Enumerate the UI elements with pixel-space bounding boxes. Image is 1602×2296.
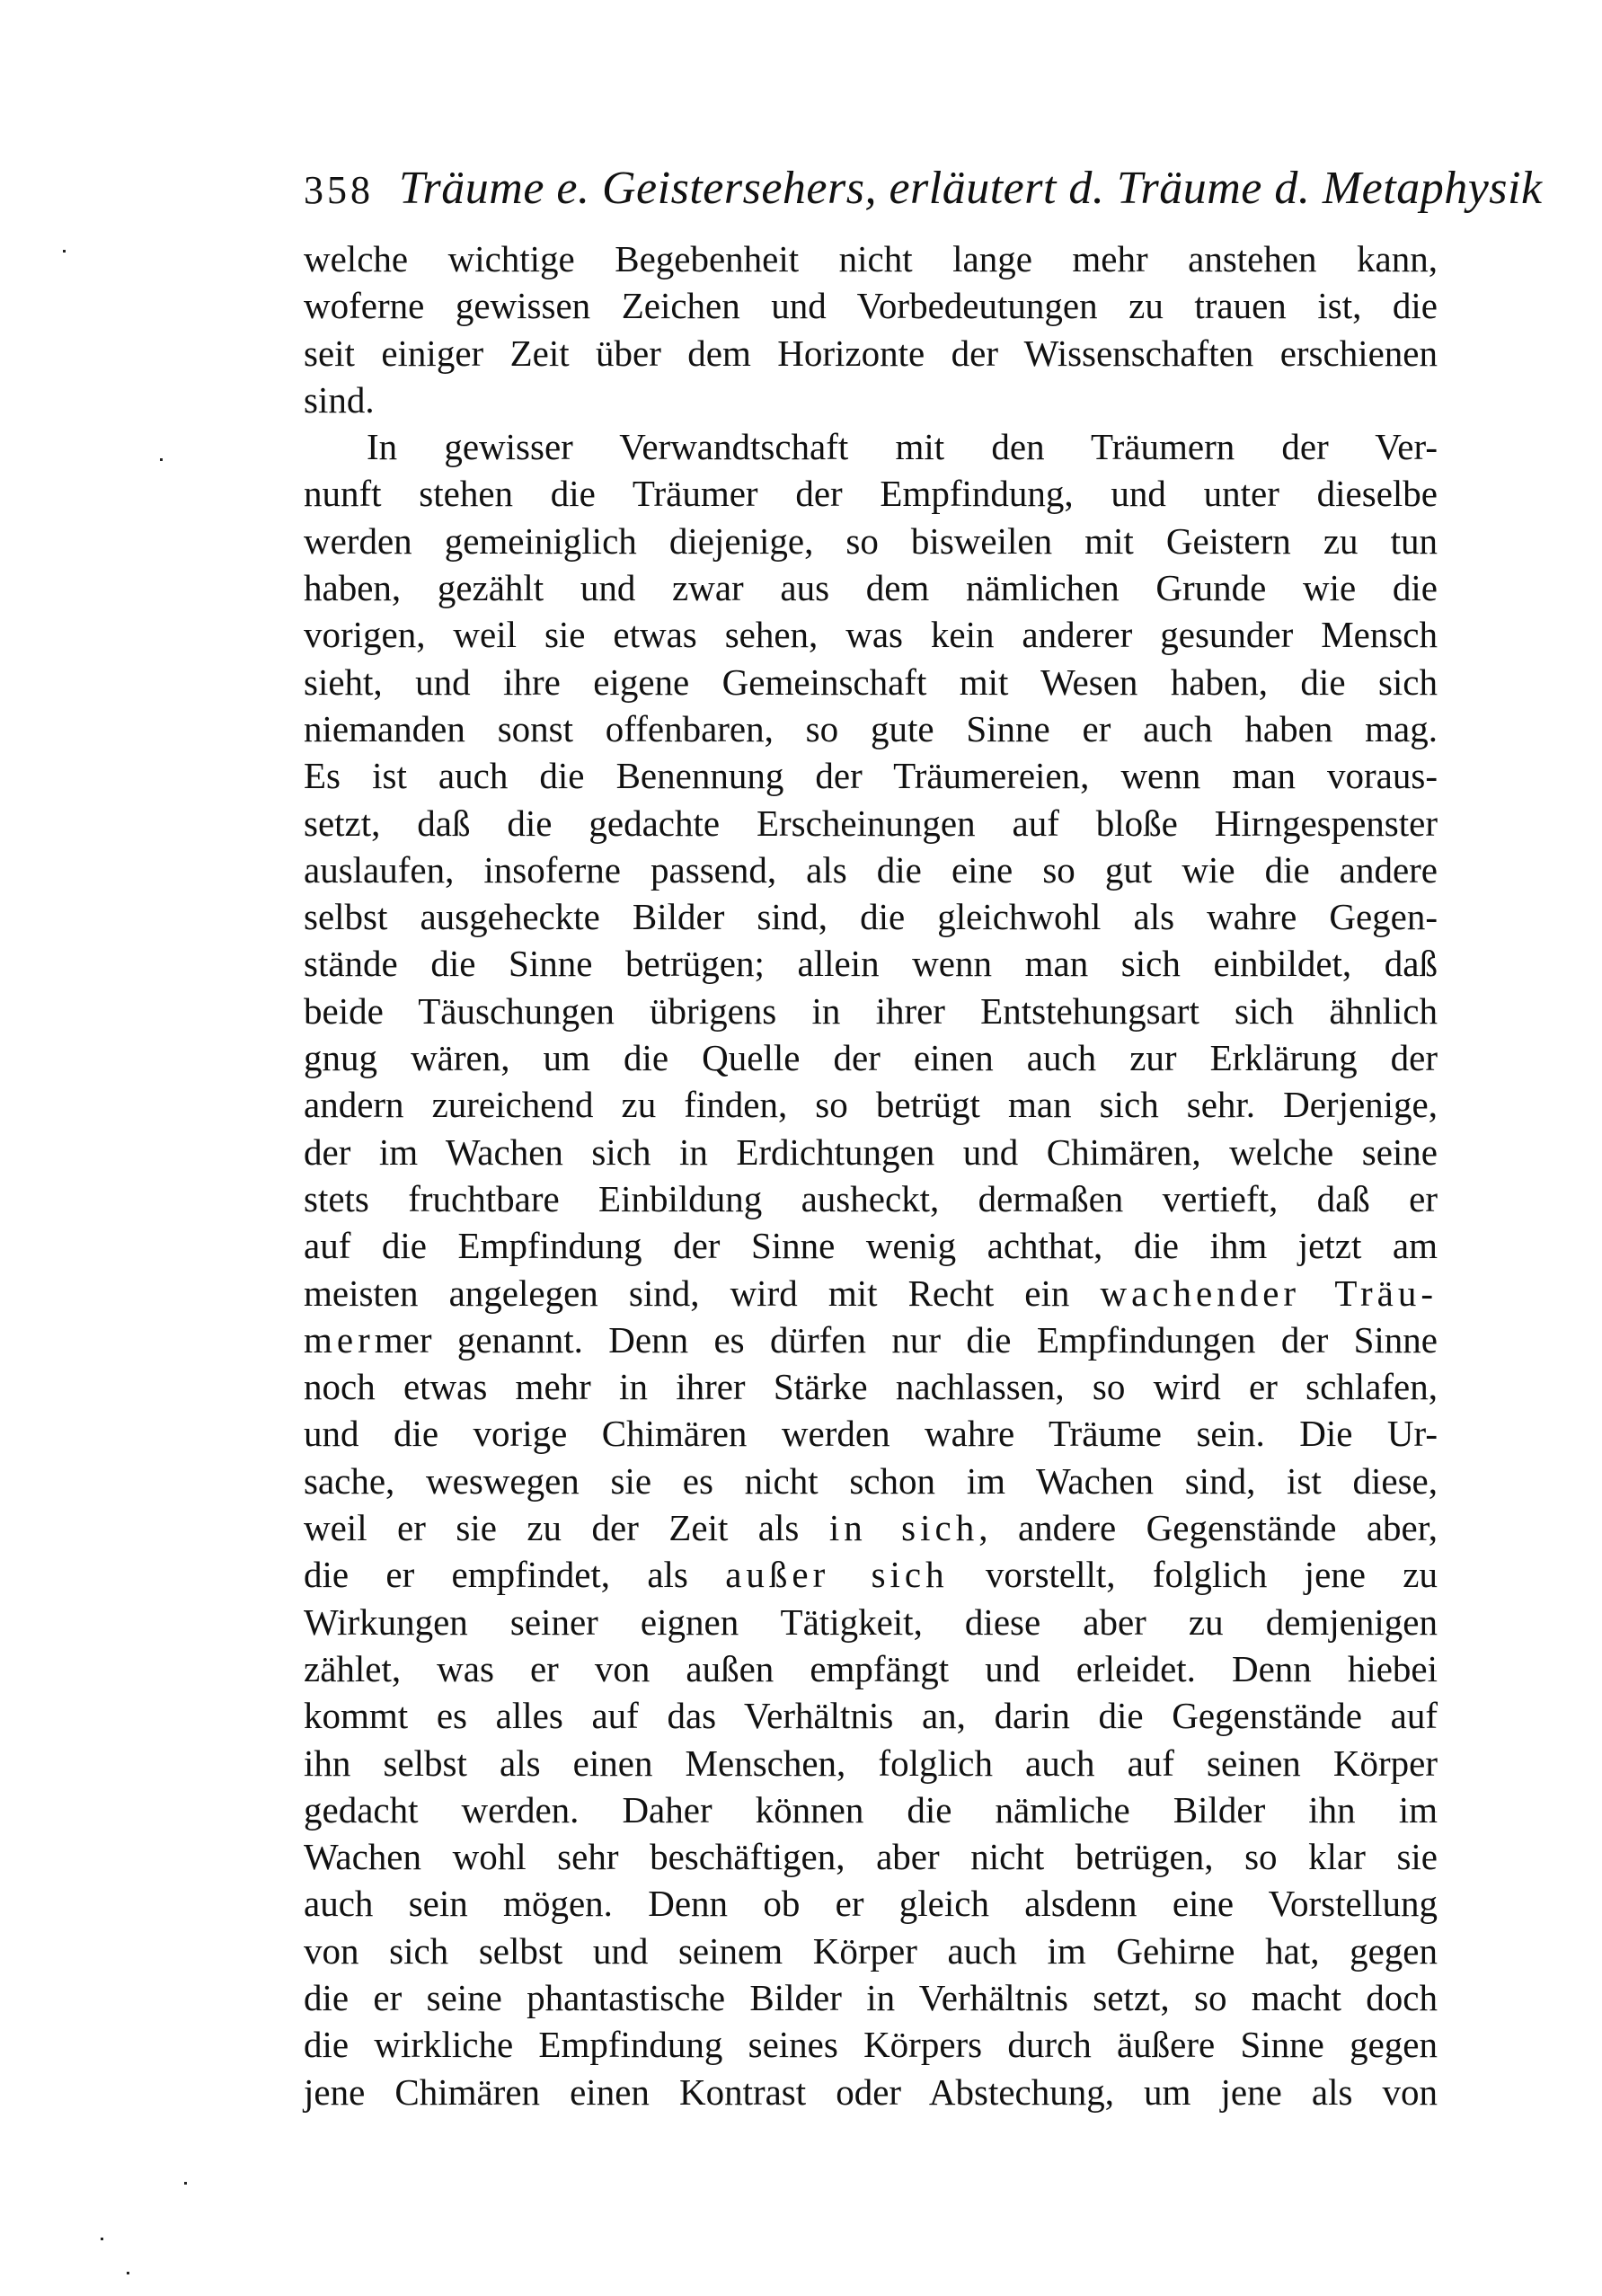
text-fragment: , andere Gegenstände aber, [978,1507,1438,1548]
text-line: werden gemeiniglich diejenige, so biswei… [304,518,1438,564]
spaced-emphasis: außer sich [725,1554,948,1595]
text-line: seit einiger Zeit über dem Horizonte der… [304,330,1438,377]
text-line: ihn selbst als einen Menschen, folglich … [304,1740,1438,1786]
spaced-emphasis: in sich [829,1507,978,1548]
text-line: von sich selbst und seinem Körper auch i… [304,1928,1438,1974]
text-line: auf die Empfindung der Sinne wenig achth… [304,1222,1438,1269]
scan-speck [127,2272,129,2274]
text-line: Es ist auch die Benennung der Träumereie… [304,752,1438,799]
text-line: niemanden sonst offenbaren, so gute Sinn… [304,705,1438,752]
spaced-emphasis: mer [304,1319,375,1361]
text-line: zählet, was er von außen empfängt und er… [304,1645,1438,1692]
text-line: setzt, daß die gedachte Erscheinungen au… [304,800,1438,847]
text-line: woferne gewissen Zeichen und Vorbedeutun… [304,282,1438,329]
scan-speck [63,250,66,253]
text-fragment: vorstellt, folglich jene zu [949,1554,1438,1595]
body-text: welche wichtige Begebenheit nicht lange … [304,235,1438,2115]
paragraph-start-line: In gewisser Verwandtschaft mit den Träum… [304,423,1438,470]
text-line: auch sein mögen. Denn ob er gleich alsde… [304,1880,1438,1927]
text-line-with-spacing: die er empfindet, als außer sich vorstel… [304,1551,1438,1598]
text-line: vorigen, weil sie etwas sehen, was kein … [304,611,1438,658]
text-line: sieht, und ihre eigene Gemeinschaft mit … [304,659,1438,705]
text-line: noch etwas mehr in ihrer Stärke nachlass… [304,1363,1438,1410]
text-line: Wachen wohl sehr beschäftigen, aber nich… [304,1833,1438,1880]
text-line: andern zureichend zu finden, so betrügt … [304,1081,1438,1128]
text-line: gnug wären, um die Quelle der einen auch… [304,1034,1438,1081]
text-line: stets fruchtbare Einbildung ausheckt, de… [304,1175,1438,1222]
scan-speck [184,2182,187,2185]
text-line: nunft stehen die Träumer der Empfindung,… [304,470,1438,517]
text-line: beide Täuschungen übrigens in ihrer Ents… [304,988,1438,1034]
text-line: jene Chimären einen Kontrast oder Abstec… [304,2069,1438,2115]
running-head-title: Träume e. Geistersehers, erläutert d. Tr… [399,162,1543,215]
text-line: haben, gezählt und zwar aus dem nämliche… [304,564,1438,611]
scan-speck [160,458,163,461]
scan-speck [101,2238,103,2240]
running-head: 358 Träume e. Geistersehers, erläutert d… [304,162,1445,225]
text-line: welche wichtige Begebenheit nicht lange … [304,235,1438,282]
text-line: die wirkliche Empfindung seines Körpers … [304,2021,1438,2068]
text-line-with-spacing: meisten angelegen sind, wird mit Recht e… [304,1270,1438,1316]
text-line: kommt es alles auf das Verhältnis an, da… [304,1692,1438,1739]
text-line: sache, weswegen sie es nicht schon im Wa… [304,1458,1438,1504]
text-line: und die vorige Chimären werden wahre Trä… [304,1410,1438,1457]
text-line: der im Wachen sich in Erdichtungen und C… [304,1129,1438,1175]
text-fragment: mer genannt. Denn es dürfen nur die Empf… [375,1319,1438,1361]
text-line: mermer genannt. Denn es dürfen nur die E… [304,1316,1438,1363]
text-line: gedacht werden. Daher können die nämlich… [304,1786,1438,1833]
text-line: stände die Sinne betrügen; allein wenn m… [304,940,1438,987]
text-fragment: meisten angelegen sind, wird mit Recht e… [304,1272,1069,1314]
text-line: sind. [304,377,1438,423]
book-page: 358 Träume e. Geistersehers, erläutert d… [0,0,1602,2296]
text-line-with-spacing: weil er sie zu der Zeit als in sich, and… [304,1504,1438,1551]
text-fragment: die er empfindet, als [304,1554,688,1595]
text-line: die er seine phantastische Bilder in Ver… [304,1974,1438,2021]
text-line: Wirkungen seiner eignen Tätigkeit, diese… [304,1599,1438,1645]
spaced-emphasis: wachender Träu- [1101,1272,1438,1314]
text-line: auslaufen, insoferne passend, als die ei… [304,847,1438,893]
text-line: selbst ausgeheckte Bilder sind, die glei… [304,893,1438,940]
text-fragment: weil er sie zu der Zeit als [304,1507,799,1548]
page-number: 358 [304,167,374,213]
